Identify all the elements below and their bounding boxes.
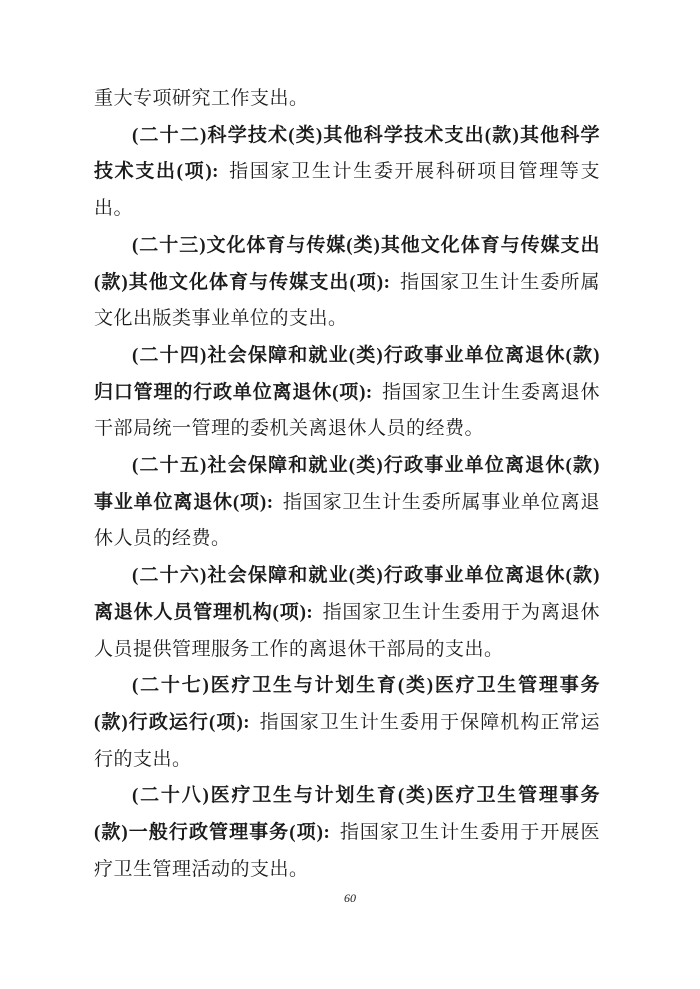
text-column: 重大专项研究工作支出。 (二十二)科学技术(类)其他科学技术支出(款)其他科学技… (94, 81, 600, 888)
clause-paragraph-22: (二十二)科学技术(类)其他科学技术支出(款)其他科学技术支出(项):指国家卫生… (94, 118, 600, 228)
clause-body: 重大专项研究工作支出。 (94, 88, 309, 109)
clause-paragraph-28: (二十八)医疗卫生与计划生育(类)医疗卫生管理事务(款)一般行政管理事务(项):… (94, 778, 600, 888)
clause-paragraph-24: (二十四)社会保障和就业(类)行政事业单位离退休(款)归口管理的行政单位离退休(… (94, 338, 600, 448)
clause-paragraph-23: (二十三)文化体育与传媒(类)其他文化体育与传媒支出(款)其他文化体育与传媒支出… (94, 228, 600, 338)
document-page: 重大专项研究工作支出。 (二十二)科学技术(类)其他科学技术支出(款)其他科学技… (0, 0, 700, 989)
clause-paragraph-25: (二十五)社会保障和就业(类)行政事业单位离退休(款)事业单位离退休(项):指国… (94, 448, 600, 558)
clause-paragraph-26: (二十六)社会保障和就业(类)行政事业单位离退休(款)离退休人员管理机构(项):… (94, 558, 600, 668)
paragraph-continuation: 重大专项研究工作支出。 (94, 81, 600, 118)
page-number: 60 (0, 891, 700, 906)
clause-paragraph-27: (二十七)医疗卫生与计划生育(类)医疗卫生管理事务(款)行政运行(项):指国家卫… (94, 668, 600, 778)
